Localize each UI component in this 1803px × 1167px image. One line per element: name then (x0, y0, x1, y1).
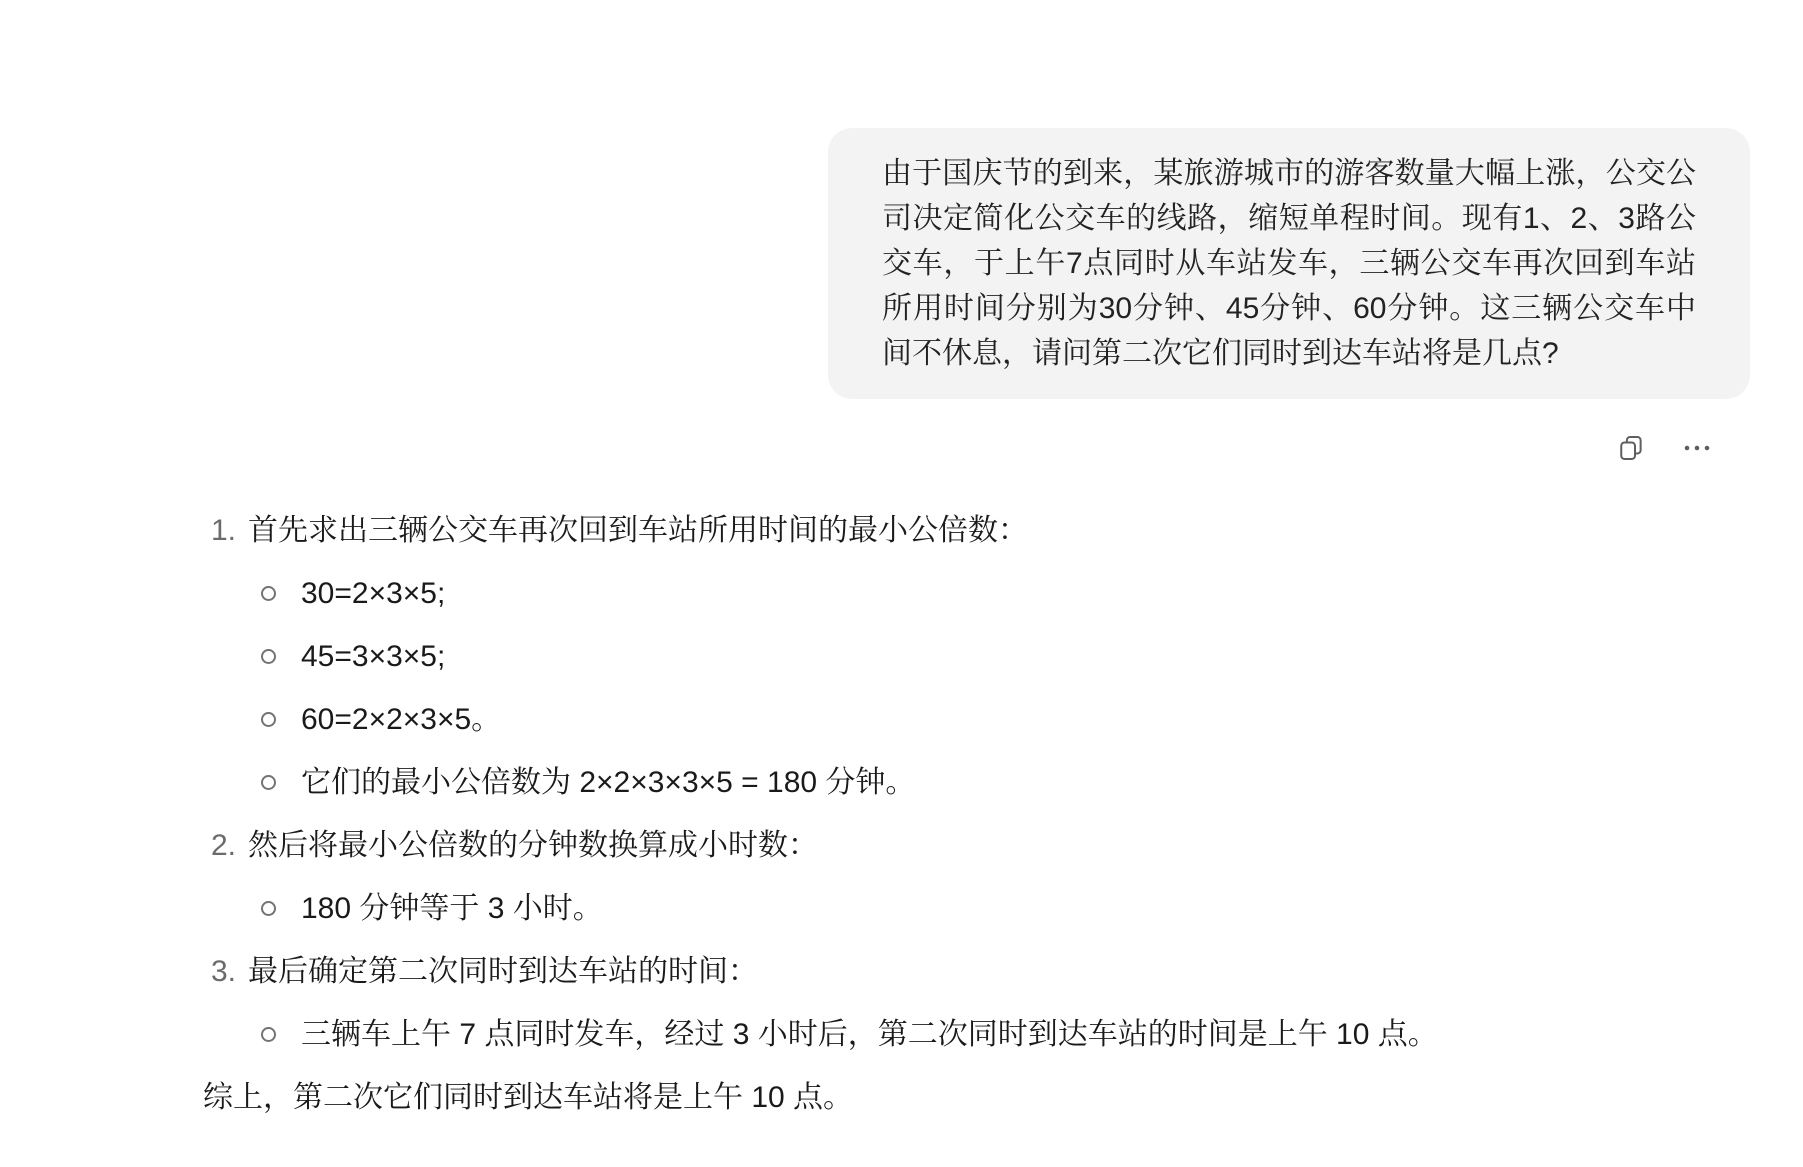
bullet-circle-icon (261, 1027, 276, 1042)
assistant-response: 1. 首先求出三辆公交车再次回到车站所用时间的最小公倍数： 30=2×3×5; … (203, 508, 1603, 1120)
copy-icon (1616, 433, 1646, 463)
list-item: 3. 最后确定第二次同时到达车站的时间： (203, 949, 1603, 994)
ellipsis-icon (1681, 433, 1713, 463)
more-options-button[interactable] (1679, 430, 1715, 466)
sub-list-item: 180 分钟等于 3 小时。 (203, 886, 1603, 931)
sub-item-text: 60=2×2×3×5。 (301, 697, 1603, 742)
sub-item-text: 三辆车上午 7 点同时发车，经过 3 小时后，第二次同时到达车站的时间是上午 1… (301, 1012, 1603, 1057)
sub-item-text: 30=2×3×5; (301, 571, 1603, 616)
step-text: 首先求出三辆公交车再次回到车站所用时间的最小公倍数： (248, 508, 1603, 553)
list-item: 2. 然后将最小公倍数的分钟数换算成小时数： (203, 823, 1603, 868)
step-number: 2. (203, 823, 248, 868)
bullet-circle-icon (261, 586, 276, 601)
bullet-circle-icon (261, 712, 276, 727)
sub-item-text: 它们的最小公倍数为 2×2×3×3×5 = 180 分钟。 (301, 760, 1603, 805)
message-actions-toolbar (1613, 430, 1715, 466)
step-number: 3. (203, 949, 248, 994)
bullet-circle-icon (261, 901, 276, 916)
copy-button[interactable] (1613, 430, 1649, 466)
conclusion-text: 综上，第二次它们同时到达车站将是上午 10 点。 (203, 1075, 1603, 1120)
sub-list-item: 45=3×3×5; (203, 634, 1603, 679)
bullet-circle-icon (261, 649, 276, 664)
step-text: 最后确定第二次同时到达车站的时间： (248, 949, 1603, 994)
step-text: 然后将最小公倍数的分钟数换算成小时数： (248, 823, 1603, 868)
step-number: 1. (203, 508, 248, 553)
sub-list-item: 三辆车上午 7 点同时发车，经过 3 小时后，第二次同时到达车站的时间是上午 1… (203, 1012, 1603, 1057)
user-message-bubble: 由于国庆节的到来，某旅游城市的游客数量大幅上涨，公交公司决定简化公交车的线路，缩… (828, 128, 1750, 399)
sub-list-item: 30=2×3×5; (203, 571, 1603, 616)
list-item: 1. 首先求出三辆公交车再次回到车站所用时间的最小公倍数： (203, 508, 1603, 553)
sub-item-text: 45=3×3×5; (301, 634, 1603, 679)
sub-list-item: 它们的最小公倍数为 2×2×3×3×5 = 180 分钟。 (203, 760, 1603, 805)
chat-page: { "user_message": { "text": "由于国庆节的到来，某旅… (0, 0, 1803, 1167)
user-message-text: 由于国庆节的到来，某旅游城市的游客数量大幅上涨，公交公司决定简化公交车的线路，缩… (882, 157, 1696, 370)
sub-list-item: 60=2×2×3×5。 (203, 697, 1603, 742)
sub-item-text: 180 分钟等于 3 小时。 (301, 886, 1603, 931)
bullet-circle-icon (261, 775, 276, 790)
